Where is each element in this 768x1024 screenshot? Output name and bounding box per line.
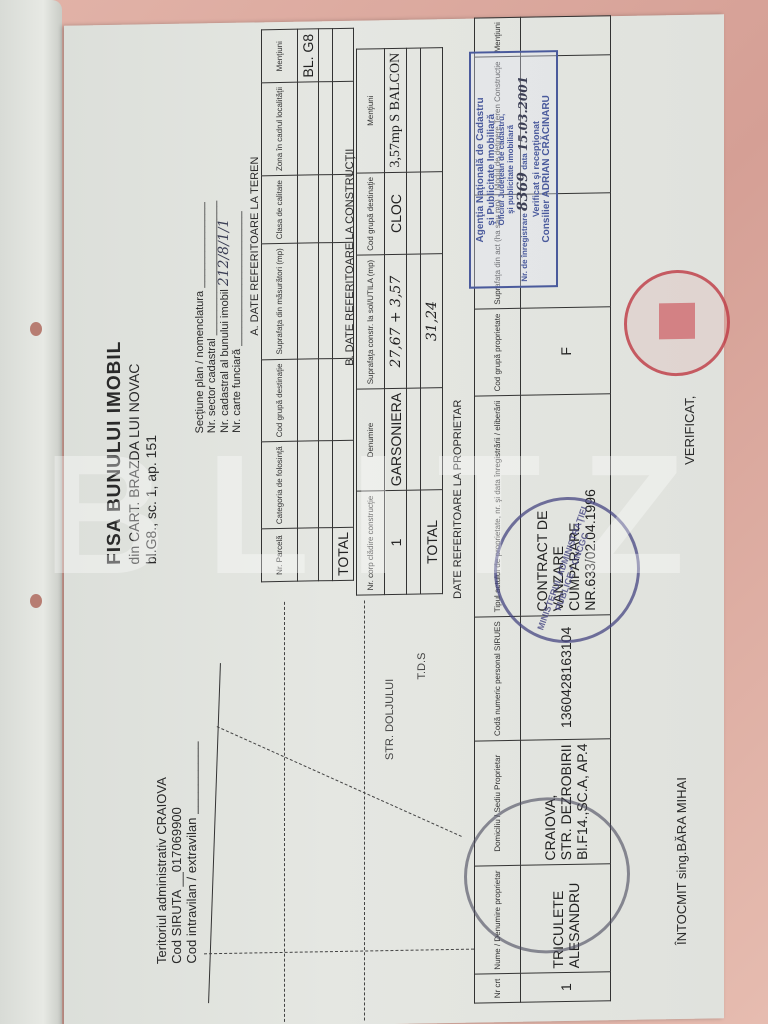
nr-cadastral-value: 212/8/1/1 [216,218,232,286]
cell-cod: CLOC [385,172,407,255]
cell-mentiuni: BL. G8 [298,29,319,82]
total-value: 31,24 [421,254,443,388]
siruta-label: Cod SIRUTA [169,890,184,964]
section-a-title: A. DATE REFERITOARE LA TEREN [249,30,261,463]
admin-label: Teritoriul administrativ [154,838,169,964]
stamp-verified: Verificat şi recepţionat [531,56,541,281]
header-cell: Zona în cadrul localităţii [262,82,298,176]
red-agency-stamp [624,269,730,377]
stamp-consilier: Consilier ADRIAN CRĂCINARU [541,56,552,281]
cell-mentiuni: 3,57mp S BALCON [385,48,407,172]
header-cell: Cod grupă proprietate [475,309,521,397]
stamp-date-value: 15.03.2001 [516,76,530,151]
intravilan-label: Cod intravilan / extravilan [184,817,199,963]
location-map: STR. DOLJULUI T.D.S [204,599,474,1024]
nr-cadastral-label: Nr. cadastral al bunului imobil [219,289,231,433]
header-cell: Cod grupă destinaţie [357,172,385,255]
coat-of-arms-icon [659,303,695,340]
header-cell: Menţiuni [357,49,385,173]
siruta-value: 017069900 [169,807,184,872]
binder-ring [30,594,42,608]
intocmit: ÎNTOCMIT sing.BĂRA MIHAI [674,777,689,945]
section-b-title: B. DATE REFERITOARE LA CONSTRUCŢII [344,49,356,466]
stamp-date-label: data [520,153,529,170]
stamp-line: şi publicitate imobiliară [506,57,515,282]
stamp-nr-label: Nr. de înregistrare [520,213,529,282]
header-cell: Nr crt [475,974,521,1003]
registration-stamp: Agenţia Naţională de Cadastru şi Publici… [469,50,558,289]
cell-nr: 1 [521,972,611,1002]
stamp-line: Oficiul Judeţean de cadastru, [497,57,506,282]
stamp-nr-value: 8369 [515,172,531,211]
admin-value: CRAIOVA [154,777,169,835]
header-cell: Codă numeric personal SIRUES [475,616,521,741]
cell-suprafata: 27,67 + 3,57 [385,255,407,389]
header-cell: Suprafaţa constr. la sol/UTILA (mp) [357,255,385,389]
territory-block: Teritoriul administrativ CRAIOVA Cod SIR… [154,742,199,965]
map-tds-label: T.D.S [416,653,428,680]
map-street-label: STR. DOLJULUI [384,679,396,761]
stamp-line: şi Publicitate Imobiliară [486,57,497,282]
header-cell: Clasa de calitate [262,175,298,244]
binder-ring [30,322,42,336]
header-cell: Suprafaţa din măsurători (mp) [262,243,298,359]
header-cell: Menţiuni [262,30,298,83]
cell-cod-grupa: F [521,307,611,395]
cadastral-block: Secţiune plan / nomenclatura ___________… [194,200,243,433]
section-label: Secţiune plan / nomenclatura [194,291,206,434]
watermark: BLITZ [0,440,768,590]
stamp-line: Agenţia Naţională de Cadastru [475,57,486,282]
